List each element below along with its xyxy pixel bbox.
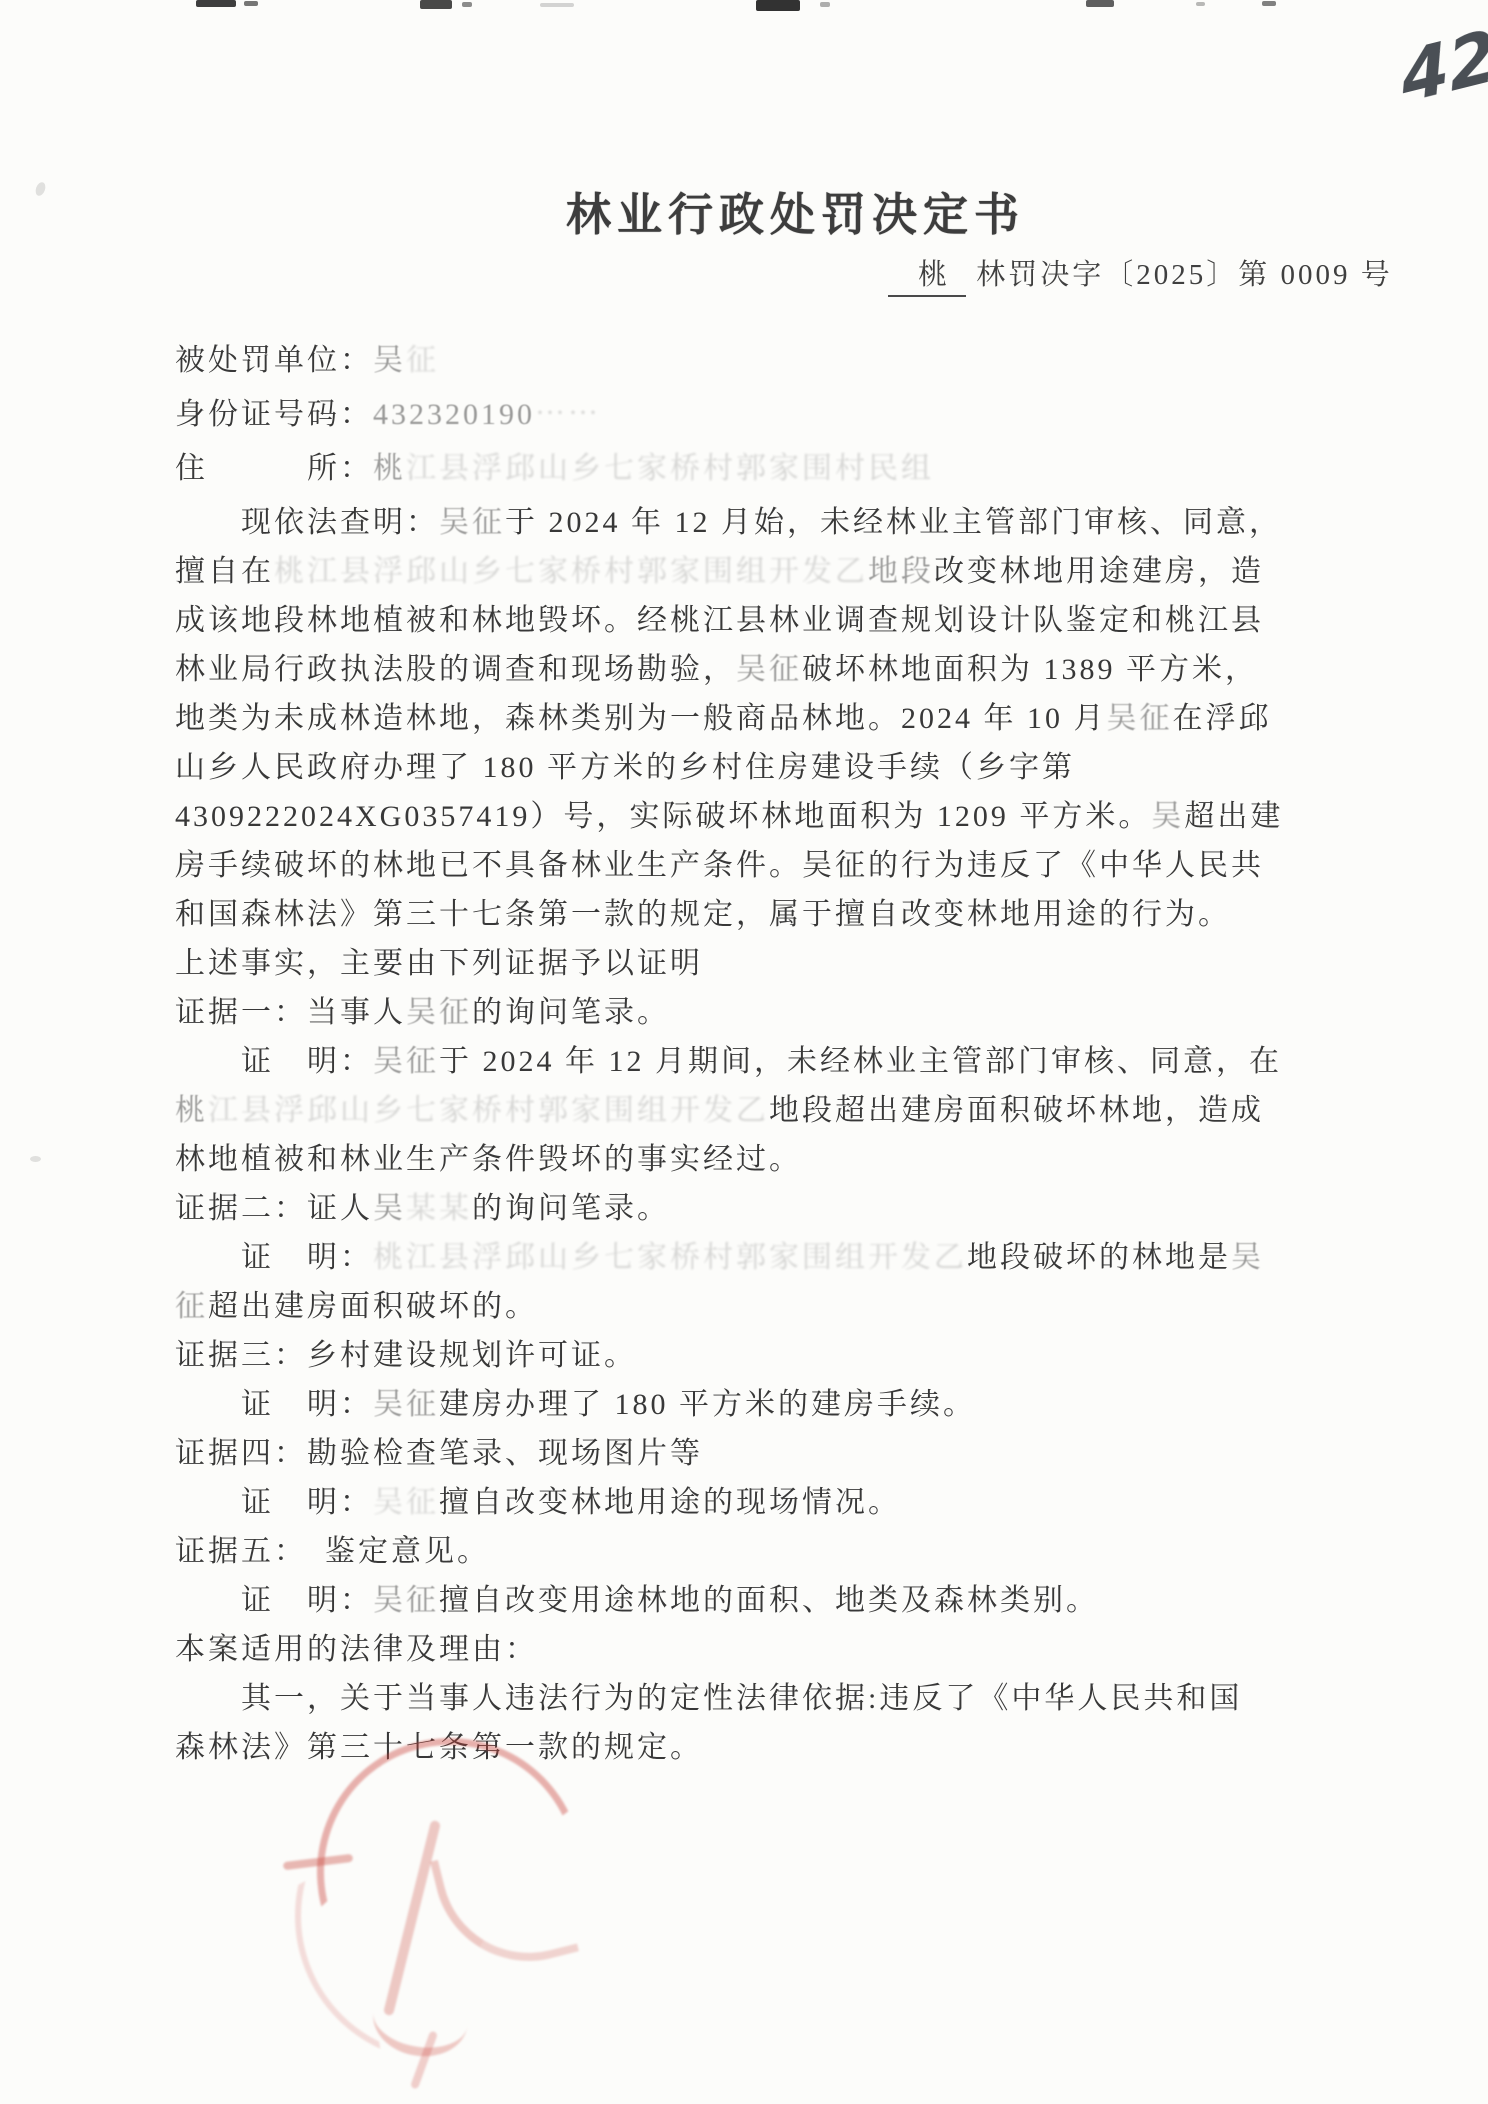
body-line: 擅自在桃江县浮邱山乡七家桥村郭家围组开发乙地段改变林地用途建房，造 (175, 547, 1325, 596)
body-line: 证据一：当事人吴征的询问笔录。 (175, 988, 1325, 1037)
scan-artifact (420, 0, 452, 9)
text-segment: 桃江县浮邱山乡七家桥村郭家围组开发乙 (274, 555, 868, 588)
text-segment: 超出建 (1184, 800, 1283, 833)
text-segment: 地类为未成林造林地，森林类别为一般商品林地。2024 年 10 月 (175, 702, 1107, 735)
text-segment: 擅自在 (175, 555, 274, 588)
text-segment: 林地植被和林业生产条件毁坏的事实经过。 (175, 1143, 802, 1176)
text-segment: 吴征 (373, 1045, 439, 1078)
scan-artifact (462, 2, 472, 7)
text-segment: 证 明： (175, 1241, 373, 1274)
text-segment: 房手续破坏的林地已不具备林业生产条件。吴征的行为违反了《中华人民共 (175, 849, 1264, 882)
text-segment: 在浮邱 (1173, 702, 1272, 735)
scan-artifact (196, 0, 236, 7)
text-segment: 建房办理了 180 平方米的建房手续。 (439, 1388, 976, 1421)
text-segment: 432320190 (373, 398, 535, 431)
body-line: 地类为未成林造林地，森林类别为一般商品林地。2024 年 10 月吴征在浮邱 (175, 694, 1325, 743)
text-segment: 证据五： 鉴定意见。 (175, 1535, 490, 1568)
body-line: 证据三：乡村建设规划许可证。 (175, 1331, 1325, 1380)
text-segment: 的询问笔录。 (472, 1192, 670, 1225)
body-line: 证 明：桃江县浮邱山乡七家桥村郭家围组开发乙地段破坏的林地是吴 (175, 1233, 1325, 1282)
text-segment: ⋯⋯ (535, 398, 601, 431)
text-segment: 住 所： (175, 452, 373, 485)
text-segment: 吴 (1151, 800, 1184, 833)
doc-number-underlined-part: 桃 (888, 252, 966, 297)
text-segment: 桃江县浮邱山乡七家桥村郭家围组开发乙 (373, 1241, 967, 1274)
text-segment: 证据三：乡村建设规划许可证。 (175, 1339, 637, 1372)
text-segment: 超出建房面积破坏的。 (208, 1290, 538, 1323)
text-segment: 被处罚单位： (175, 344, 373, 377)
body-line: 本案适用的法律及理由： (175, 1625, 1325, 1674)
text-segment: 于 2024 年 12 月期间，未经林业主管部门审核、同意，在 (439, 1045, 1282, 1078)
body-line: 山乡人民政府办理了 180 平方米的乡村住房建设手续（乡字第 (175, 743, 1325, 792)
text-segment: 吴征 (406, 996, 472, 1029)
text-segment: 改变林地用途建房，造 (934, 555, 1264, 588)
scanned-document-page: 42 林业行政处罚决定书 桃 林罚决字〔2025〕第 0009 号 被处罚单位：… (0, 0, 1488, 2104)
text-segment: 证据二：证人 (175, 1192, 373, 1225)
scan-artifact (540, 3, 574, 7)
body-line: 证 明：吴征建房办理了 180 平方米的建房手续。 (175, 1380, 1325, 1429)
body-line: 林地植被和林业生产条件毁坏的事实经过。 (175, 1135, 1325, 1184)
scan-artifact (1086, 0, 1114, 7)
text-segment: 上述事实，主要由下列证据予以证明 (175, 947, 703, 980)
info-line: 身份证号码：432320190⋯⋯ (175, 390, 1325, 439)
document-body: 被处罚单位：吴征身份证号码：432320190⋯⋯住 所：桃江县浮邱山乡七家桥村… (175, 336, 1325, 1772)
scan-artifact (34, 181, 47, 197)
text-segment: 吴征 (439, 506, 505, 539)
body-line: 证据五： 鉴定意见。 (175, 1527, 1325, 1576)
body-line: 现依法查明：吴征于 2024 年 12 月始，未经林业主管部门审核、同意， (175, 498, 1325, 547)
text-segment: 征 (406, 344, 439, 377)
seal-stroke (368, 1975, 473, 2063)
text-segment: 证据四：勘验检查笔录、现场图片等 (175, 1437, 703, 1470)
text-segment: 吴 (1231, 1241, 1264, 1274)
scan-artifact (244, 1, 258, 6)
text-segment: 吴 (373, 1192, 406, 1225)
text-segment: 其一，关于当事人违法行为的定性法律依据:违反了《中华人民共和国 (175, 1682, 1242, 1715)
text-segment: 地段破坏的林地是 (967, 1241, 1231, 1274)
info-line: 住 所：桃江县浮邱山乡七家桥村郭家围村民组 (175, 444, 1325, 493)
body-line: 房手续破坏的林地已不具备林业生产条件。吴征的行为违反了《中华人民共 (175, 841, 1325, 890)
text-segment: 证 明： (175, 1486, 373, 1519)
doc-number-rest: 林罚决字〔2025〕第 0009 号 (966, 259, 1393, 291)
scan-artifact (1196, 2, 1205, 6)
text-segment: 的询问笔录。 (472, 996, 670, 1029)
document-number: 桃 林罚决字〔2025〕第 0009 号 (888, 252, 1393, 297)
text-segment: 证 明： (175, 1045, 373, 1078)
text-segment: 成该地段林地植被和林地毁坏。经桃江县林业调查规划设计队鉴定和桃江县 (175, 604, 1264, 637)
scan-artifact (756, 0, 800, 11)
body-line: 桃江县浮邱山乡七家桥村郭家围组开发乙地段超出建房面积破坏林地，造成 (175, 1086, 1325, 1135)
text-segment: 本案适用的法律及理由： (175, 1633, 538, 1666)
text-segment: 吴征 (373, 1388, 439, 1421)
text-segment: 吴征 (1107, 702, 1173, 735)
handwritten-page-number: 42 (1397, 14, 1488, 120)
text-segment: 破坏林地面积为 1389 平方米， (802, 653, 1258, 686)
text-segment: 地段超出建房面积破坏林地，造成 (769, 1094, 1264, 1127)
text-segment: 山乡人民政府办理了 180 平方米的乡村住房建设手续（乡字第 (175, 751, 1075, 784)
body-line: 证据四：勘验检查笔录、现场图片等 (175, 1429, 1325, 1478)
text-segment: 桃 (373, 452, 406, 485)
text-segment: 吴征 (736, 653, 802, 686)
text-segment: 证 明： (175, 1584, 373, 1617)
text-segment: 桃 (175, 1094, 208, 1127)
body-line: 上述事实，主要由下列证据予以证明 (175, 939, 1325, 988)
text-segment: 吴征 (373, 1584, 439, 1617)
text-segment: 和国森林法》第三十七条第一款的规定，属于擅自改变林地用途的行为。 (175, 898, 1231, 931)
scan-artifact (820, 2, 830, 7)
scan-artifact (30, 1156, 41, 1162)
body-line: 4309222024XG0357419）号，实际破坏林地面积为 1209 平方米… (175, 792, 1325, 841)
scan-artifact (1262, 1, 1276, 6)
info-line: 被处罚单位：吴征 (175, 336, 1325, 385)
text-segment: 擅自改变用途林地的面积、地类及森林类别。 (439, 1584, 1099, 1617)
text-segment: 擅自改变林地用途的现场情况。 (439, 1486, 901, 1519)
text-segment: 现依法查明： (175, 506, 439, 539)
text-segment: 林业局行政执法股的调查和现场勘验， (175, 653, 736, 686)
text-segment: 身份证号码： (175, 398, 373, 431)
body-line: 证 明：吴征擅自改变用途林地的面积、地类及森林类别。 (175, 1576, 1325, 1625)
text-segment: 江县浮邱山乡七家桥村郭家围村民组 (406, 452, 934, 485)
text-segment: 江县浮邱山乡七家桥村郭家围组开发乙 (208, 1094, 769, 1127)
body-line: 其一，关于当事人违法行为的定性法律依据:违反了《中华人民共和国 (175, 1674, 1325, 1723)
red-official-seal-icon (255, 1730, 615, 2090)
text-segment: 吴征 (373, 1486, 439, 1519)
text-segment: 地段 (868, 555, 934, 588)
body-line: 征超出建房面积破坏的。 (175, 1282, 1325, 1331)
text-segment: 4309222024XG0357419）号，实际破坏林地面积为 1209 平方米… (175, 800, 1151, 833)
body-line: 证 明：吴征于 2024 年 12 月期间，未经林业主管部门审核、同意，在 (175, 1037, 1325, 1086)
body-line: 证据二：证人吴某某的询问笔录。 (175, 1184, 1325, 1233)
body-line: 林业局行政执法股的调查和现场勘验，吴征破坏林地面积为 1389 平方米， (175, 645, 1325, 694)
text-segment: 证 明： (175, 1388, 373, 1421)
body-line: 证 明：吴征擅自改变林地用途的现场情况。 (175, 1478, 1325, 1527)
page-title: 林业行政处罚决定书 (566, 178, 1025, 243)
text-segment: 征 (175, 1290, 208, 1323)
text-segment: 于 2024 年 12 月始，未经林业主管部门审核、同意， (505, 506, 1282, 539)
text-segment: 吴 (373, 344, 406, 377)
text-segment: 某某 (406, 1192, 472, 1225)
body-line: 成该地段林地植被和林地毁坏。经桃江县林业调查规划设计队鉴定和桃江县 (175, 596, 1325, 645)
body-line: 和国森林法》第三十七条第一款的规定，属于擅自改变林地用途的行为。 (175, 890, 1325, 939)
text-segment: 证据一：当事人 (175, 996, 406, 1029)
